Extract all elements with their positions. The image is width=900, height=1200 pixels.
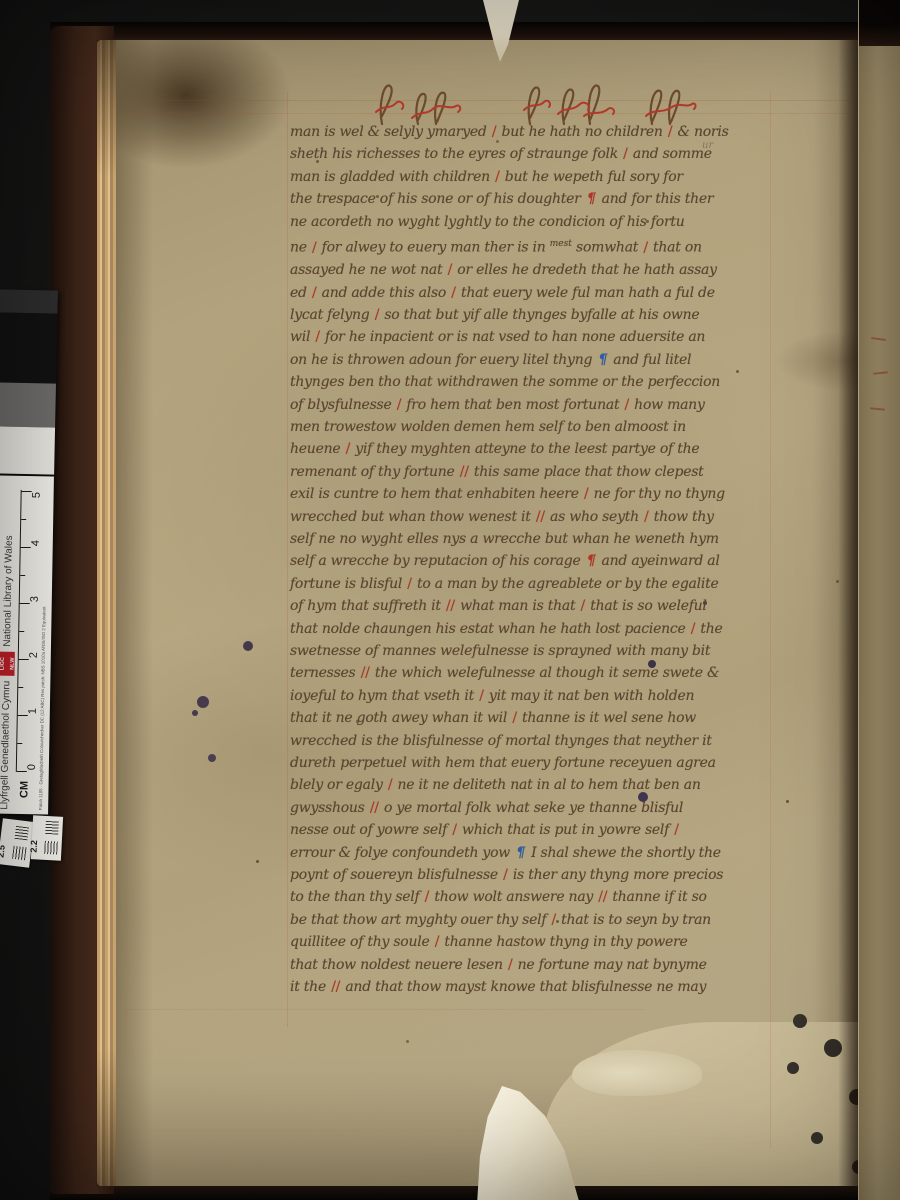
ruler-card-content: Llyfrgell Genedlaethol Cymru LlGC NLW Na… <box>0 476 54 815</box>
ruler-number: 4 <box>30 540 42 546</box>
manuscript-line: wil / for he inpacient or is nat vsed to… <box>290 326 720 348</box>
ruler-number: 5 <box>31 492 43 498</box>
manuscript-line: of blysfulnesse / fro hem that ben most … <box>290 394 720 416</box>
showthrough-mark <box>870 407 885 410</box>
resolution-grating <box>15 826 29 840</box>
ruler-number: 1 <box>27 708 39 714</box>
manuscript-line: be that thow art myghty ouer thy self / … <box>290 909 720 931</box>
resolution-grating <box>12 846 26 860</box>
nlw-logo-line2: NLW <box>9 658 15 670</box>
manuscript-line: gwysshous // o ye mortal folk what seke … <box>290 797 720 819</box>
manuscript-line: man is gladded with children / but he we… <box>290 166 720 188</box>
gray-patch-white <box>0 426 55 474</box>
manuscript-line: that it ne goth awey whan it wil / thann… <box>290 707 720 729</box>
manuscript-line: of hym that suffreth it // what man is t… <box>290 595 720 617</box>
manuscript-line: heuene / yif they myghten atteyne to the… <box>290 438 720 460</box>
resolution-grating <box>44 841 58 855</box>
paraph-mark: ¶ <box>514 845 527 861</box>
manuscript-line: wrecched is the blisfulnesse of mortal t… <box>290 730 720 752</box>
ruling-line-left <box>287 92 288 1027</box>
library-name-welsh: Llyfrgell Genedlaethol Cymru <box>0 681 12 810</box>
manuscript-line: fortune is blisful / to a man by the agr… <box>290 573 720 595</box>
manuscript-line: wrecched but whan thow wenest it // as w… <box>290 506 720 528</box>
manuscript-line: on he is throwen adoun for euery litel t… <box>290 349 720 371</box>
manuscript-line: it the // and that thow mayst knowe that… <box>290 976 720 998</box>
manuscript-line: ne acordeth no wyght lyghtly to the cond… <box>290 211 720 233</box>
manuscript-line: sheth his richesses to the eyres of stra… <box>290 143 720 165</box>
resolution-grating <box>45 821 59 835</box>
paraph-mark: ¶ <box>596 352 609 368</box>
manuscript-line: ioyeful to hym that vseth it / yit may i… <box>290 685 720 707</box>
manuscript-line: ed / and adde this also / that euery wel… <box>290 282 720 304</box>
manuscript-line: man is wel & selyly ymaryed / but he hat… <box>290 121 720 143</box>
ruling-line-right <box>770 92 771 1148</box>
ruler-number: 3 <box>29 596 41 602</box>
gray-patch-mid <box>0 382 56 427</box>
manuscript-line: thynges ben tho that withdrawen the somm… <box>290 371 720 393</box>
manuscript-line: poynt of souereyn blisfulnesse / is ther… <box>290 864 720 886</box>
paraph-mark: ¶ <box>585 191 598 207</box>
gutter-shadow <box>838 40 860 1186</box>
manuscript-line: self a wrecche by reputacion of his cora… <box>290 550 720 572</box>
nlw-ruler-card: Llyfrgell Genedlaethol Cymru LlGC NLW Na… <box>0 476 54 815</box>
resolution-patch-label: 2.5 <box>0 844 7 858</box>
showthrough-mark <box>871 337 886 341</box>
repaired-corner <box>544 1022 858 1186</box>
nlw-logo-line1: LlGC <box>0 657 5 670</box>
showthrough-mark <box>873 371 888 375</box>
abraded-flake <box>572 1050 702 1096</box>
grayscale-step-tablet <box>0 289 58 474</box>
manuscript-line: to the than thy self / thow wolt answere… <box>290 886 720 908</box>
manuscript-line: ne / for alwey to euery man ther is in m… <box>290 233 720 259</box>
facing-page-edge <box>858 0 900 1200</box>
manuscript-line: exil is cuntre to hem that enhabiten hee… <box>290 483 720 505</box>
gray-patch-dark <box>0 289 58 313</box>
manuscript-line: men trowestow wolden demen hem self to b… <box>290 416 720 438</box>
nlw-logo: LlGC NLW <box>0 652 15 676</box>
manuscript-line: nesse out of yowre self / which that is … <box>290 819 720 841</box>
cadel-flourishes <box>352 76 712 126</box>
manuscript-line: the trespace of his sone or of his dough… <box>290 188 720 210</box>
manuscript-line: errour & folye confoundeth yow ¶ I shal … <box>290 842 720 864</box>
manuscript-line: lycat felyng / so that but yif alle thyn… <box>290 304 720 326</box>
facing-page-top-shadow <box>859 0 900 46</box>
manuscript-line: assayed he ne wot nat / or elles he dred… <box>290 259 720 281</box>
ruler-number: 2 <box>28 652 40 658</box>
library-name-english: National Library of Wales <box>2 535 15 647</box>
interlinear-insertion: mest <box>550 239 572 249</box>
ruler-number: 0 <box>26 764 38 770</box>
manuscript-line: quillitee of thy soule / thanne hastow t… <box>290 931 720 953</box>
gray-patch-black <box>0 312 57 383</box>
manuscript-line: that thow noldest neuere lesen / ne fort… <box>290 954 720 976</box>
manuscript-line: ternesses // the which welefulnesse al t… <box>290 662 720 684</box>
manuscript-line: blely or egaly / ne it ne deliteth nat i… <box>290 774 720 796</box>
ruling-line-bottom <box>124 1009 644 1010</box>
resolution-patch-label: 2.2 <box>28 840 39 853</box>
manuscript-line: remenant of thy fortune // this same pla… <box>290 461 720 483</box>
paraph-mark: ¶ <box>585 553 598 569</box>
manuscript-line: dureth perpetuel with hem that euery for… <box>290 752 720 774</box>
ink-stains <box>243 641 253 651</box>
manuscript-text-block: man is wel & selyly ymaryed / but he hat… <box>290 121 720 999</box>
manuscript-line: self ne no wyght elles nys a wrecche but… <box>290 528 720 550</box>
manuscript-line: that nolde chaungen his estat whan he ha… <box>290 618 720 640</box>
parchment-page: ur man is wel & selyly ymaryed / but he … <box>116 40 858 1186</box>
ruler-unit-label: CM <box>18 781 30 798</box>
manuscript-photo: ur man is wel & selyly ymaryed / but he … <box>0 0 900 1200</box>
manuscript-line: swetnesse of mannes welefulnesse is spra… <box>290 640 720 662</box>
resolution-patch-2-2: 2.2 <box>31 815 63 861</box>
